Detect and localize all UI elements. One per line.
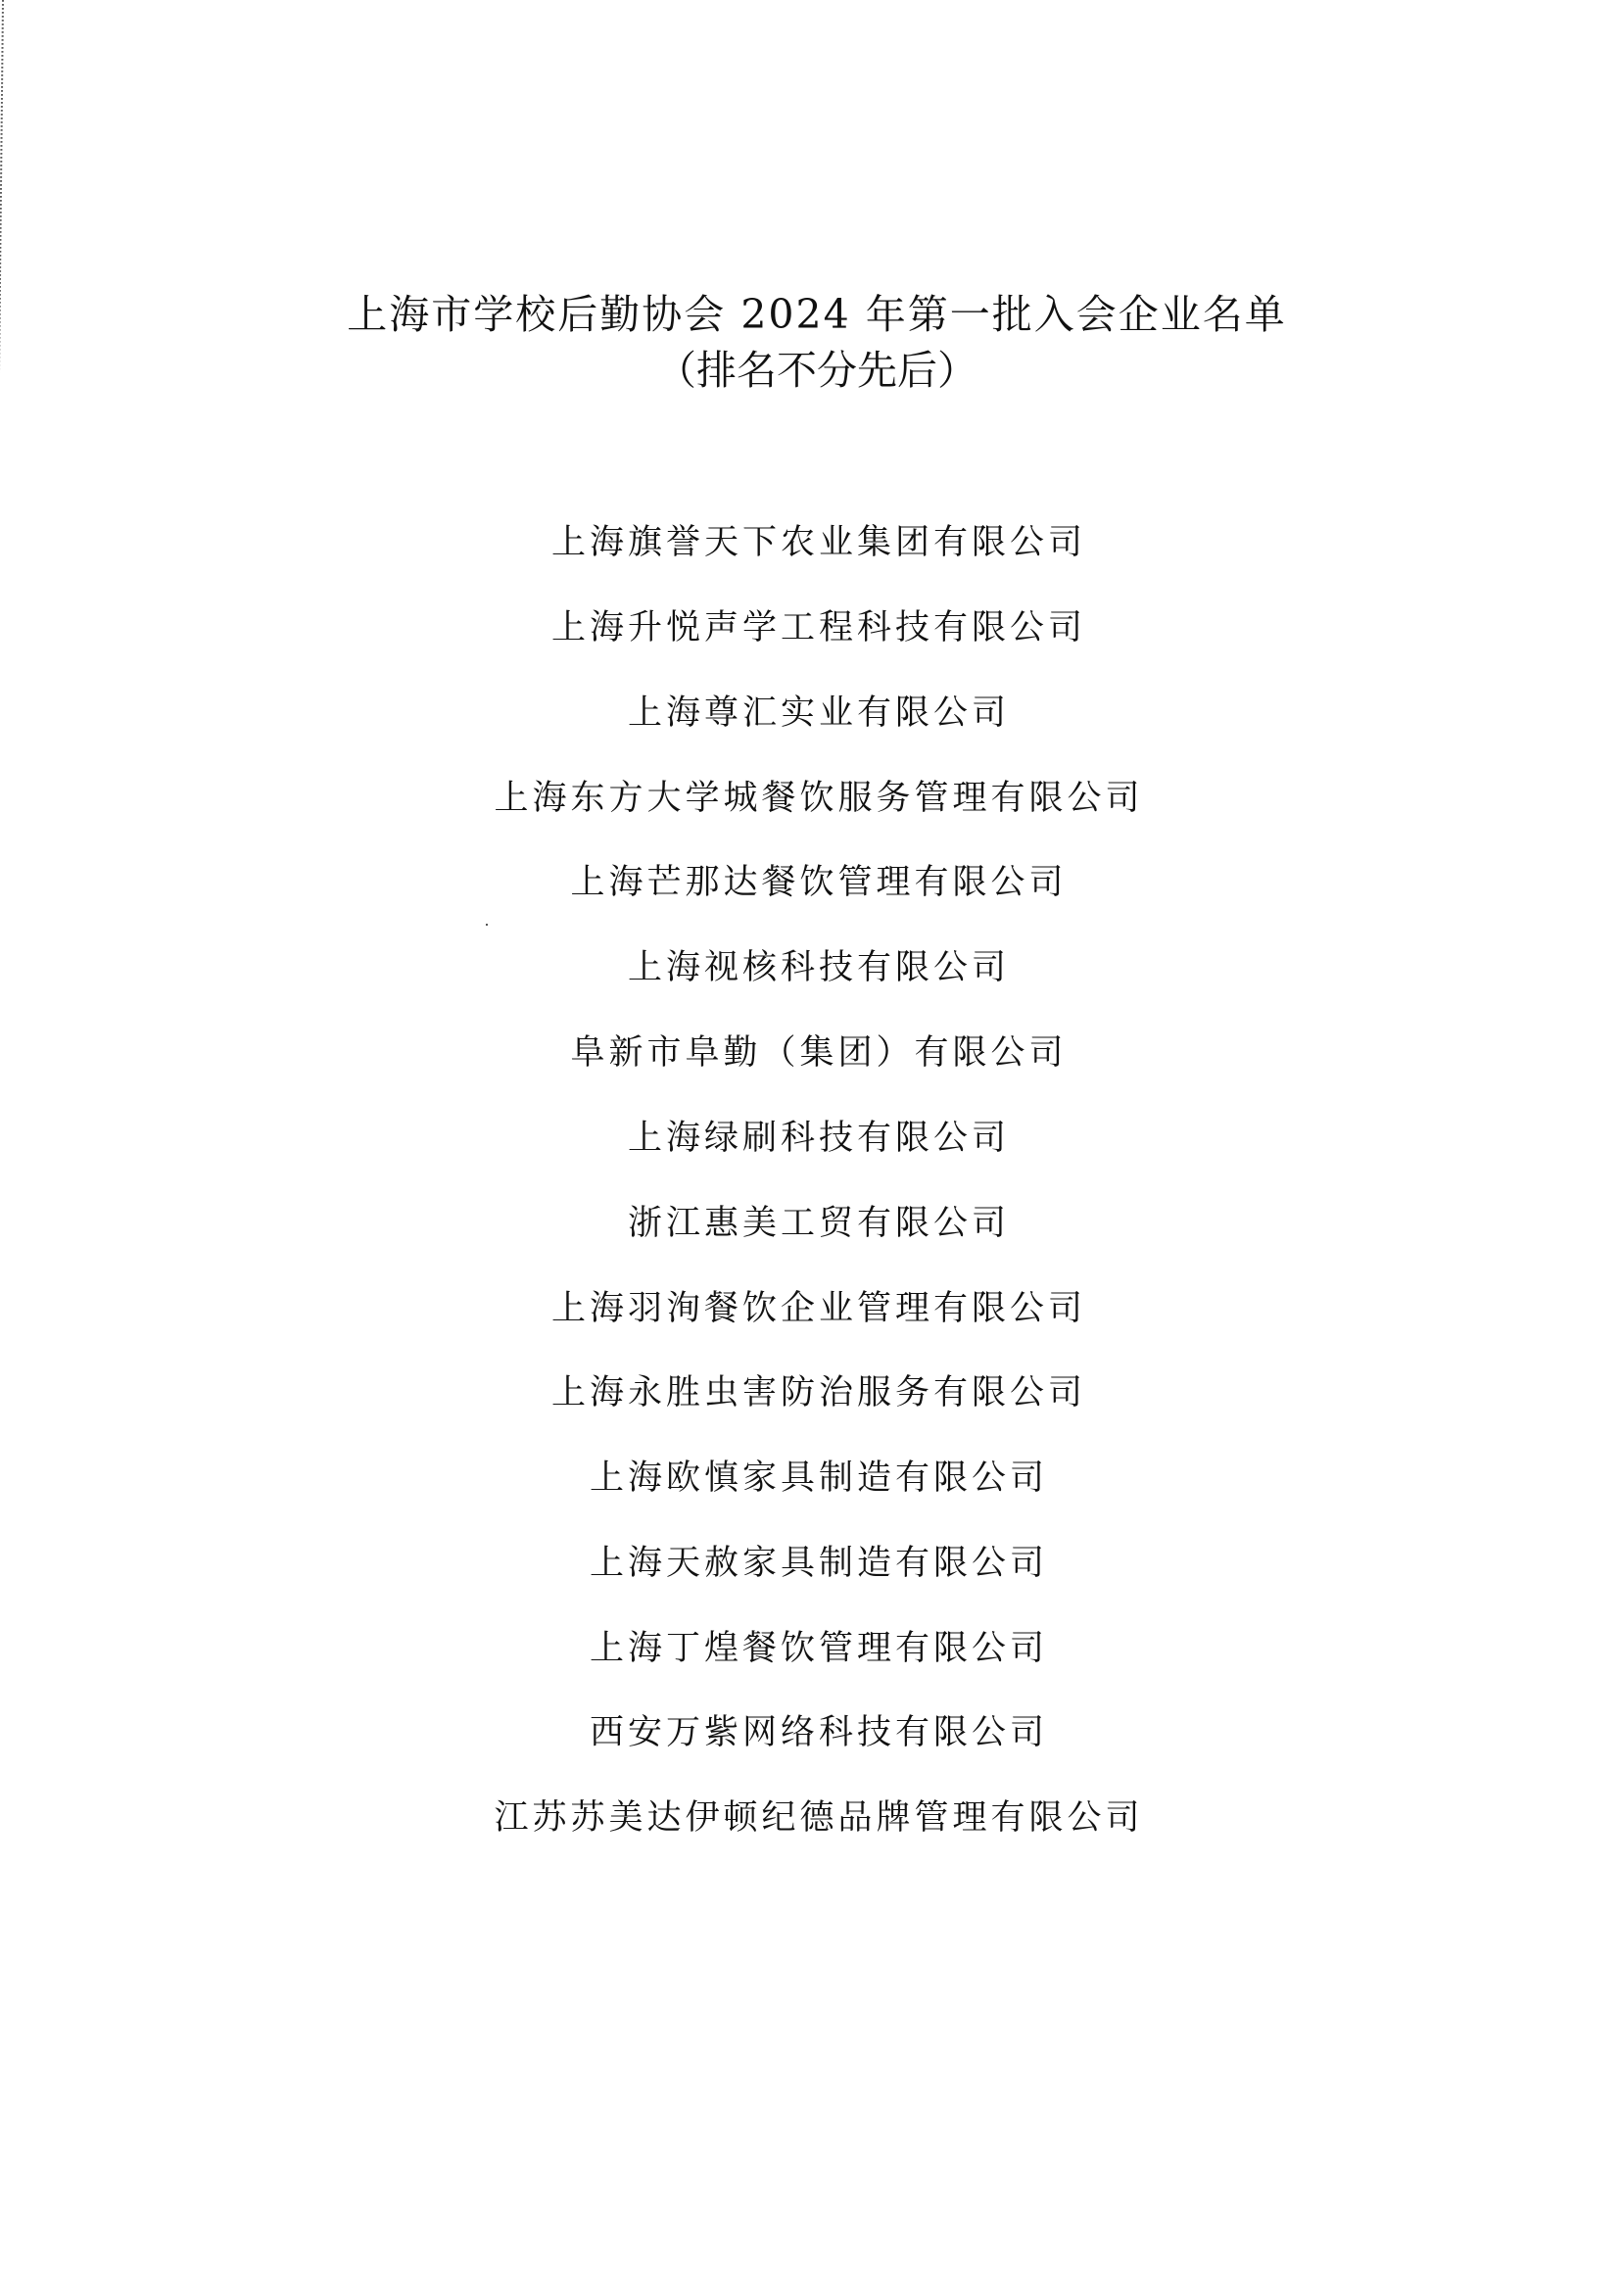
company-item: 上海丁煌餐饮管理有限公司: [0, 1632, 1620, 1666]
company-item: 上海欧慎家具制造有限公司: [0, 1461, 1620, 1496]
company-item: 江苏苏美达伊顿纪德品牌管理有限公司: [0, 1801, 1620, 1836]
company-item: 上海尊汇实业有限公司: [0, 696, 1620, 731]
company-item: 上海升悦声学工程科技有限公司: [0, 611, 1620, 646]
company-item: 阜新市阜勤（集团）有限公司: [0, 1036, 1620, 1071]
page-subtitle: （排名不分先后）: [0, 351, 1620, 391]
page-title: 上海市学校后勤协会 2024 年第一批入会企业名单: [0, 295, 1620, 335]
company-item: 浙江惠美工贸有限公司: [0, 1207, 1620, 1241]
scan-speck: [486, 924, 488, 926]
company-item: 上海天赦家具制造有限公司: [0, 1547, 1620, 1581]
document-page: 上海市学校后勤协会 2024 年第一批入会企业名单 （排名不分先后） 上海旗誉天…: [0, 0, 1620, 2296]
company-item: 上海东方大学城餐饮服务管理有限公司: [0, 782, 1620, 816]
company-item: 上海绿刷科技有限公司: [0, 1122, 1620, 1156]
company-item: 上海视核科技有限公司: [0, 951, 1620, 985]
company-item: 上海芒那达餐饮管理有限公司: [0, 866, 1620, 900]
company-item: 上海羽洵餐饮企业管理有限公司: [0, 1292, 1620, 1326]
company-item: 上海永胜虫害防治服务有限公司: [0, 1376, 1620, 1411]
company-item: 上海旗誉天下农业集团有限公司: [0, 526, 1620, 560]
company-item: 西安万紫网络科技有限公司: [0, 1716, 1620, 1750]
